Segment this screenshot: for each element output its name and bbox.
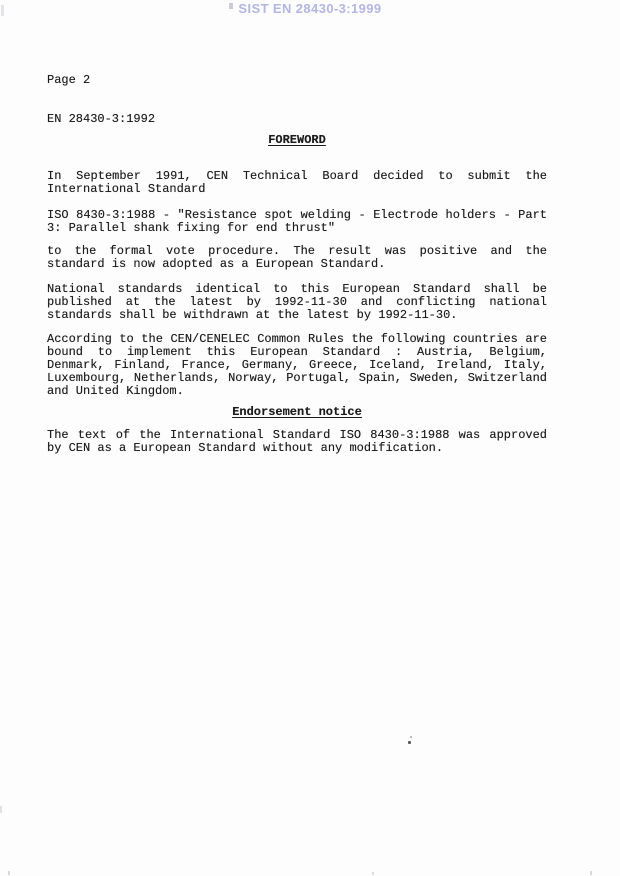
scan-artifact (8, 871, 10, 875)
text-line: standards shall be withdrawn at the late… (47, 309, 547, 322)
scan-artifact (0, 806, 2, 813)
paragraph-member-countries: According to the CEN/CENELEC Common Rule… (47, 333, 547, 398)
watermark-text: SIST EN 28430-3:1999 (0, 1, 620, 16)
text-line: 3: Parallel shank fixing for end thrust" (47, 222, 547, 235)
scan-artifact (590, 871, 592, 875)
scan-artifact (408, 741, 411, 744)
text-line: and United Kingdom. (47, 385, 547, 398)
text-line: International Standard (47, 183, 547, 196)
endorsement-heading: Endorsement notice (47, 406, 547, 419)
standard-reference: EN 28430-3:1992 (47, 113, 155, 126)
paragraph-national-standards: National standards identical to this Eur… (47, 283, 547, 322)
scan-artifact (372, 872, 374, 875)
paragraph-iso-title: ISO 8430-3:1988 - "Resistance spot weldi… (47, 209, 547, 235)
text-line: by CEN as a European Standard without an… (47, 442, 547, 455)
scan-artifact (410, 736, 412, 738)
text-line: standard is now adopted as a European St… (47, 258, 547, 271)
paragraph-endorsement-body: The text of the International Standard I… (47, 429, 547, 455)
foreword-heading: FOREWORD (47, 134, 547, 147)
scanned-document-page: SIST EN 28430-3:1999 Page 2 EN 28430-3:1… (0, 0, 620, 876)
paragraph-submission: In September 1991, CEN Technical Board d… (47, 170, 547, 196)
page-number: Page 2 (47, 74, 155, 87)
paragraph-vote-result: to the formal vote procedure. The result… (47, 245, 547, 271)
